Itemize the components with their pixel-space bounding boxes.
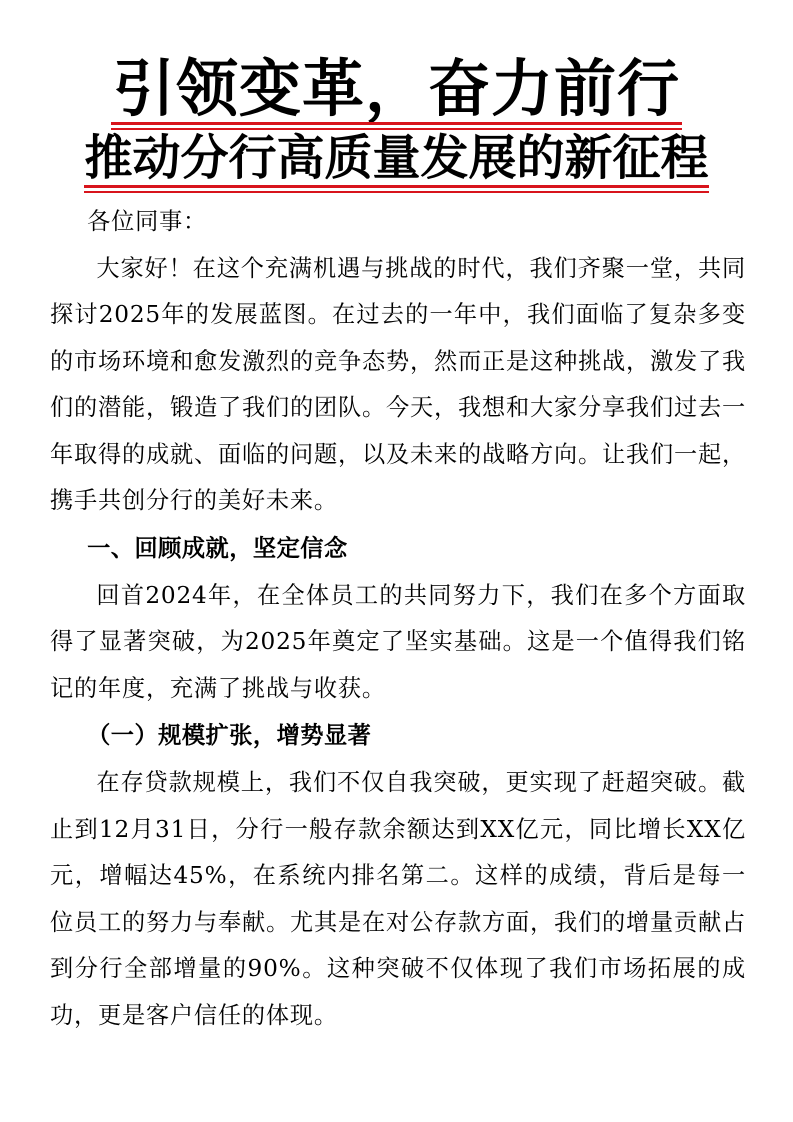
section-heading-1: 一、回顾成就，坚定信念 (50, 525, 746, 573)
salutation: 各位同事： (50, 199, 746, 246)
subsection-heading-1: （一）规模扩张，增势显著 (50, 712, 746, 760)
underline-thin (84, 191, 708, 193)
title-sub-wrapper: 推动分行高质量发展的新征程 (84, 132, 708, 184)
underline-thick (84, 185, 708, 188)
document-body: 各位同事： 大家好！在这个充满机遇与挑战的时代，我们齐聚一堂，共同探讨2025年… (50, 199, 746, 1039)
section-1-paragraph: 回首2024年，在全体员工的共同努力下，我们在多个方面取得了显著突破，为2025… (50, 573, 746, 713)
intro-paragraph: 大家好！在这个充满机遇与挑战的时代，我们齐聚一堂，共同探讨2025年的发展蓝图。… (50, 246, 746, 525)
title-sub-block: 推动分行高质量发展的新征程 (0, 132, 793, 184)
title-main: 引领变革，奋力前行 (113, 52, 680, 125)
underline-thick (111, 122, 682, 125)
subsection-1-paragraph: 在存贷款规模上，我们不仅自我突破，更实现了赶超突破。截止到12月31日，分行一般… (50, 760, 746, 1039)
title-main-wrapper: 引领变革，奋力前行 (111, 56, 682, 122)
title-sub: 推动分行高质量发展的新征程 (84, 130, 708, 186)
document-page: 引领变革，奋力前行 推动分行高质量发展的新征程 各位同事： 大家好！在这个充满机… (0, 0, 793, 1122)
title-main-block: 引领变革，奋力前行 (0, 56, 793, 122)
